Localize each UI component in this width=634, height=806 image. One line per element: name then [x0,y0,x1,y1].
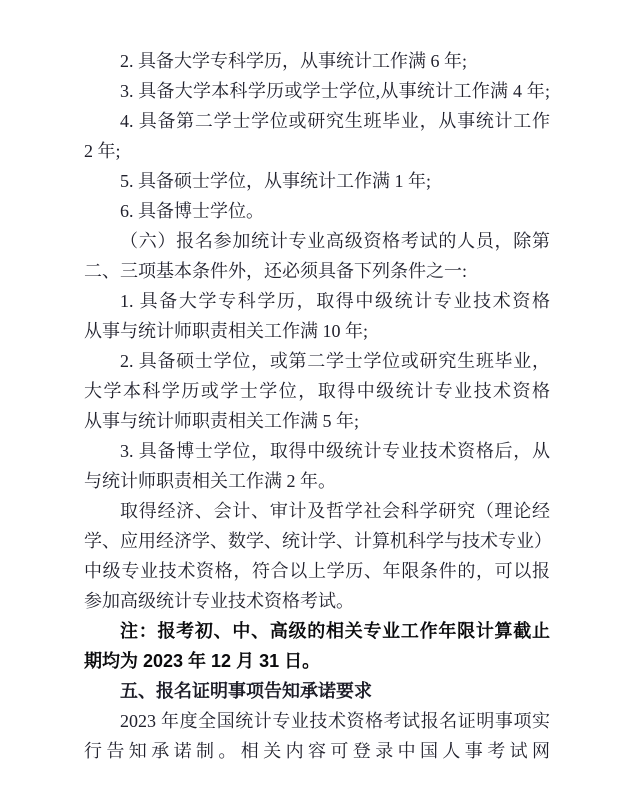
page-content: 2. 具备大学专科学历，从事统计工作满 6 年;3. 具备大学本科学历或学士学位… [84,46,550,766]
text-line: 从事与统计师职责相关工作满 10 年; [84,316,550,346]
text-line: 2023 年度全国统计专业技术资格考试报名证明事项实 [84,706,550,736]
text-line: 五、报名证明事项告知承诺要求 [84,676,550,706]
text-line: 3. 具备博士学位，取得中级统计专业技术资格后，从事 [84,436,550,466]
text-line: 行告知承诺制。相关内容可登录中国人事考试网 [84,736,550,766]
text-line: 期均为 2023 年 12 月 31 日。 [84,646,550,676]
text-line: 取得经济、会计、审计及哲学社会科学研究（理论经济 [84,496,550,526]
text-line: 参加高级统计专业技术资格考试。 [84,586,550,616]
text-line: 大学本科学历或学士学位，取得中级统计专业技术资格后， [84,376,550,406]
text-line: 学、应用经济学、数学、统计学、计算机科学与技术专业） [84,526,550,556]
text-line: 5. 具备硕士学位，从事统计工作满 1 年; [84,166,550,196]
text-line: 1. 具备大学专科学历，取得中级统计专业技术资格后， [84,286,550,316]
text-line: 注：报考初、中、高级的相关专业工作年限计算截止时 [84,616,550,646]
text-line: 4. 具备第二学士学位或研究生班毕业，从事统计工作满 [84,106,550,136]
text-line: 2. 具备硕士学位，或第二学士学位或研究生班毕业，或 [84,346,550,376]
text-line: 二、三项基本条件外，还必须具备下列条件之一: [84,256,550,286]
text-line: 从事与统计师职责相关工作满 5 年; [84,406,550,436]
text-line: 6. 具备博士学位。 [84,196,550,226]
document-page: 2. 具备大学专科学历，从事统计工作满 6 年;3. 具备大学本科学历或学士学位… [0,0,634,806]
text-line: 2. 具备大学专科学历，从事统计工作满 6 年; [84,46,550,76]
text-line: 与统计师职责相关工作满 2 年。 [84,466,550,496]
text-line: 中级专业技术资格，符合以上学历、年限条件的，可以报名 [84,556,550,586]
text-line: 3. 具备大学本科学历或学士学位,从事统计工作满 4 年; [84,76,550,106]
text-line: （六）报名参加统计专业高级资格考试的人员，除第一、 [84,226,550,256]
text-line: 2 年; [84,136,550,166]
